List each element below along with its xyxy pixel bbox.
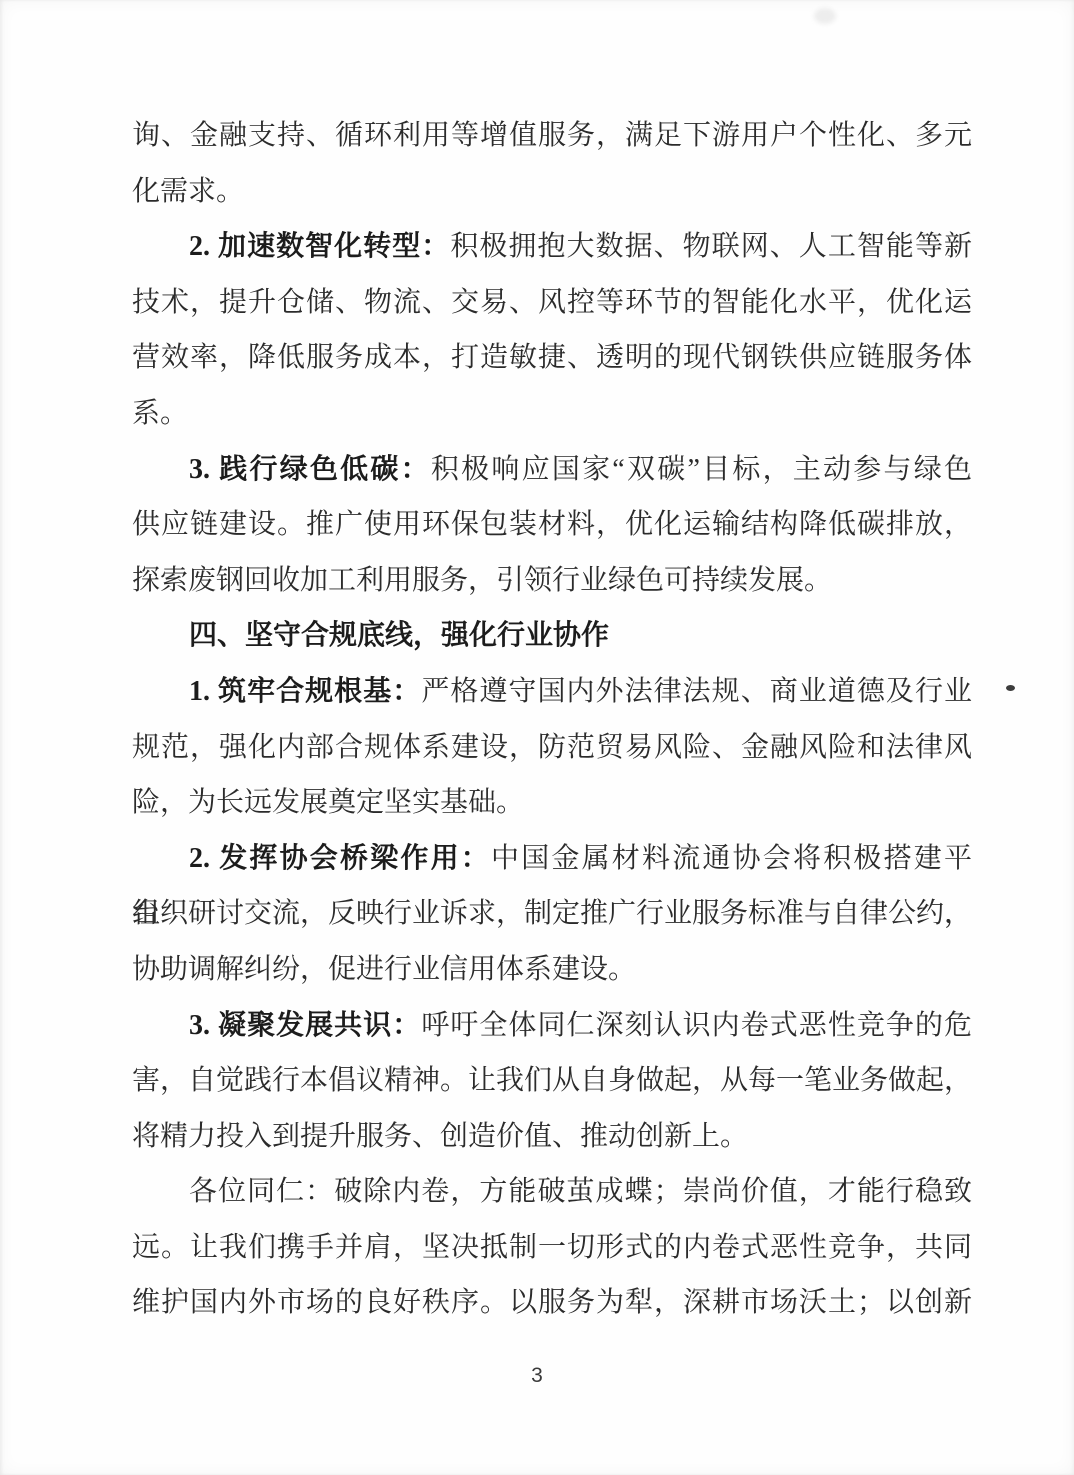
text-run: 害，自觉践行本倡议精神。让我们从自身做起，从每一笔业务做起，: [132, 1065, 972, 1096]
scan-smudge-artifact: [814, 8, 836, 24]
text-run: 协助调解纠纷，促进行业信用体系建设。: [132, 954, 636, 985]
text-line: 询、金融支持、循环利用等增值服务，满足下游用户个性化、多元: [132, 108, 972, 164]
text-line: 3. 凝聚发展共识：呼吁全体同仁深刻认识内卷式恶性竞争的危: [132, 998, 972, 1054]
text-run-bold: 1. 筑牢合规根基：: [189, 676, 421, 707]
text-line: 技术，提升仓储、物流、交易、风控等环节的智能化水平，优化运: [132, 275, 972, 331]
text-run-bold: 3. 践行绿色低碳：: [189, 454, 431, 485]
text-line: 远。让我们携手并肩，坚决抵制一切形式的内卷式恶性竞争，共同: [132, 1220, 972, 1276]
text-line: 2. 发挥协会桥梁作用：中国金属材料流通协会将积极搭建平台，: [132, 831, 972, 887]
text-run: 询、金融支持、循环利用等增值服务，满足下游用户个性化、多元: [132, 120, 972, 151]
text-run: 组织研讨交流，反映行业诉求，制定推广行业服务标准与自律公约，: [132, 898, 972, 929]
text-run: 探索废钢回收加工利用服务，引领行业绿色可持续发展。: [132, 565, 832, 596]
text-run: 各位同仁：破除内卷，方能破茧成蝶；崇尚价值，才能行稳致: [189, 1176, 972, 1207]
text-run: 技术，提升仓储、物流、交易、风控等环节的智能化水平，优化运: [132, 287, 972, 318]
text-line: 险，为长远发展奠定坚实基础。: [132, 775, 972, 831]
text-line: 系。: [132, 386, 972, 442]
text-run: 系。: [132, 398, 188, 429]
text-line: 维护国内外市场的良好秩序。以服务为犁，深耕市场沃土；以创新: [132, 1275, 972, 1331]
text-line: 3. 践行绿色低碳：积极响应国家“双碳”目标，主动参与绿色: [132, 442, 972, 498]
text-run: 积极拥抱大数据、物联网、人工智能等新: [450, 231, 972, 262]
text-run: 远。让我们携手并肩，坚决抵制一切形式的内卷式恶性竞争，共同: [132, 1232, 972, 1263]
page-number: 3: [0, 1364, 1074, 1388]
text-line: 营效率，降低服务成本，打造敏捷、透明的现代钢铁供应链服务体: [132, 330, 972, 386]
text-run: 化需求。: [132, 176, 244, 207]
text-run-bold: 2. 发挥协会桥梁作用：: [189, 843, 491, 874]
text-line: 各位同仁：破除内卷，方能破茧成蝶；崇尚价值，才能行稳致: [132, 1164, 972, 1220]
text-run: 规范，强化内部合规体系建设，防范贸易风险、金融风险和法律风: [132, 732, 972, 763]
text-run: 严格遵守国内外法律法规、商业道德及行业: [421, 676, 972, 707]
text-run: 维护国内外市场的良好秩序。以服务为犁，深耕市场沃土；以创新: [132, 1287, 972, 1318]
text-run: 将精力投入到提升服务、创造价值、推动创新上。: [132, 1121, 748, 1152]
text-line: 供应链建设。推广使用环保包装材料，优化运输结构降低碳排放，: [132, 497, 972, 553]
text-run: 呼吁全体同仁深刻认识内卷式恶性竞争的危: [421, 1010, 972, 1041]
document-body: 询、金融支持、循环利用等增值服务，满足下游用户个性化、多元化需求。2. 加速数智…: [132, 108, 972, 1331]
text-line: 探索废钢回收加工利用服务，引领行业绿色可持续发展。: [132, 553, 972, 609]
text-line: 规范，强化内部合规体系建设，防范贸易风险、金融风险和法律风: [132, 720, 972, 776]
text-run: 营效率，降低服务成本，打造敏捷、透明的现代钢铁供应链服务体: [132, 342, 972, 373]
text-run: 险，为长远发展奠定坚实基础。: [132, 787, 524, 818]
text-line: 化需求。: [132, 164, 972, 220]
text-run-bold: 3. 凝聚发展共识：: [189, 1010, 421, 1041]
text-line: 协助调解纠纷，促进行业信用体系建设。: [132, 942, 972, 998]
text-run-bold: 2. 加速数智化转型：: [189, 231, 450, 262]
text-run: 积极响应国家“双碳”目标，主动参与绿色: [431, 454, 972, 485]
text-line: 害，自觉践行本倡议精神。让我们从自身做起，从每一笔业务做起，: [132, 1053, 972, 1109]
document-page: 询、金融支持、循环利用等增值服务，满足下游用户个性化、多元化需求。2. 加速数智…: [0, 0, 1074, 1475]
text-line: 1. 筑牢合规根基：严格遵守国内外法律法规、商业道德及行业: [132, 664, 972, 720]
text-line: 2. 加速数智化转型：积极拥抱大数据、物联网、人工智能等新: [132, 219, 972, 275]
text-line: 将精力投入到提升服务、创造价值、推动创新上。: [132, 1109, 972, 1165]
text-run: 供应链建设。推广使用环保包装材料，优化运输结构降低碳排放，: [132, 509, 972, 540]
text-line: 组织研讨交流，反映行业诉求，制定推广行业服务标准与自律公约，: [132, 886, 972, 942]
text-line: 四、坚守合规底线，强化行业协作: [132, 608, 972, 664]
text-run-bold: 四、坚守合规底线，强化行业协作: [189, 620, 609, 651]
scan-dot-artifact: [1006, 685, 1015, 691]
